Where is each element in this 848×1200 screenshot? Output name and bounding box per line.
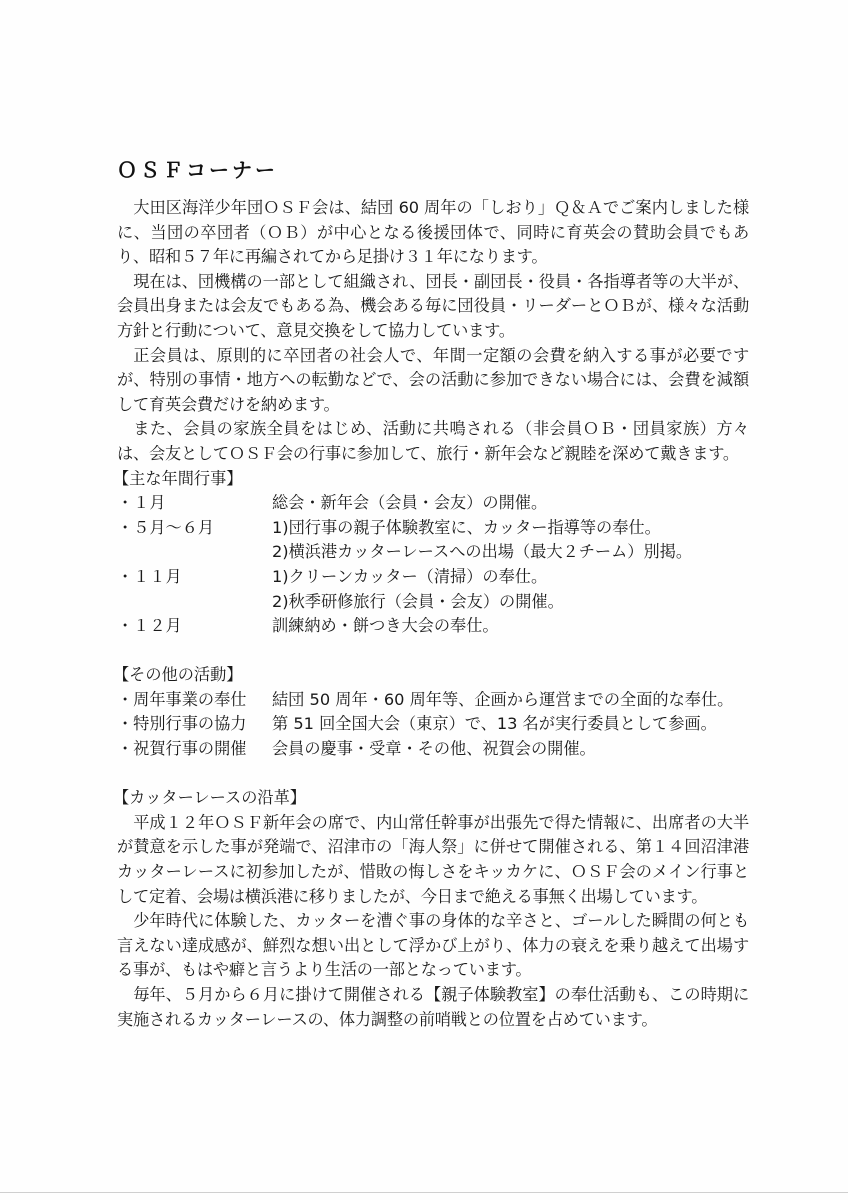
intro-paragraph: 大田区海洋少年団ＯＳＦ会は、結団 60 周年の「しおり」Ｑ＆Ａでご案内しました様… — [117, 196, 749, 270]
event-month — [117, 540, 272, 565]
event-month — [117, 590, 272, 615]
activity-description: 第 51 回全国大会（東京）で、13 名が実行委員として参画。 — [272, 712, 749, 737]
event-row: 2)横浜港カッターレースへの出場（最大２チーム）別掲。 — [117, 540, 749, 565]
intro-paragraph: 現在は、団機構の一部として組織され、団長・副団長・役員・各指導者等の大半が、会員… — [117, 270, 749, 344]
activity-row: ・祝賀行事の開催 会員の慶事・受章・その他、祝賀会の開催。 — [117, 737, 749, 762]
event-row: ・１月 総会・新年会（会員・会友）の開催。 — [117, 491, 749, 516]
spacer — [117, 639, 749, 664]
event-month: ・１１月 — [117, 565, 272, 590]
spacer — [117, 762, 749, 787]
document-body: ＯＳＦコーナー 大田区海洋少年団ＯＳＦ会は、結団 60 周年の「しおり」Ｑ＆Ａで… — [117, 156, 749, 1032]
event-row: ・５月～６月 1)団行事の親子体験教室に、カッター指導等の奉仕。 — [117, 516, 749, 541]
event-description: 2)横浜港カッターレースへの出場（最大２チーム）別掲。 — [272, 540, 749, 565]
event-description: 2)秋季研修旅行（会員・会友）の開催。 — [272, 590, 749, 615]
activity-row: ・周年事業の奉仕 結団 50 周年・60 周年等、企画から運営までの全面的な奉仕… — [117, 688, 749, 713]
intro-paragraph: 正会員は、原則的に卒団者の社会人で、年間一定額の会費を納入する事が必要ですが、特… — [117, 344, 749, 418]
event-month: ・５月～６月 — [117, 516, 272, 541]
event-row: 2)秋季研修旅行（会員・会友）の開催。 — [117, 590, 749, 615]
event-month: ・１２月 — [117, 614, 272, 639]
event-row: ・１１月 1)クリーンカッター（清掃）の奉仕。 — [117, 565, 749, 590]
section-heading-other-activities: 【その他の活動】 — [113, 663, 749, 688]
event-month: ・１月 — [117, 491, 272, 516]
history-paragraph: 平成１２年ＯＳＦ新年会の席で、内山常任幹事が出張先で得た情報に、出席者の大半が賛… — [117, 811, 749, 909]
activity-label: ・特別行事の協力 — [117, 712, 272, 737]
event-description: 総会・新年会（会員・会友）の開催。 — [272, 491, 749, 516]
page-title: ＯＳＦコーナー — [117, 156, 749, 184]
section-heading-annual-events: 【主な年間行事】 — [113, 467, 749, 492]
document-page: ＯＳＦコーナー 大田区海洋少年団ＯＳＦ会は、結団 60 周年の「しおり」Ｑ＆Ａで… — [0, 0, 848, 1200]
activity-description: 結団 50 周年・60 周年等、企画から運営までの全面的な奉仕。 — [272, 688, 749, 713]
scan-edge-line — [0, 1192, 848, 1193]
activity-description: 会員の慶事・受章・その他、祝賀会の開催。 — [272, 737, 749, 762]
activity-row: ・特別行事の協力 第 51 回全国大会（東京）で、13 名が実行委員として参画。 — [117, 712, 749, 737]
event-description: 訓練納め・餅つき大会の奉仕。 — [272, 614, 749, 639]
cutter-history-section: 【カッターレースの沿革】 平成１２年ＯＳＦ新年会の席で、内山常任幹事が出張先で得… — [117, 786, 749, 1032]
section-heading-cutter-history: 【カッターレースの沿革】 — [113, 786, 749, 811]
activity-label: ・祝賀行事の開催 — [117, 737, 272, 762]
history-paragraph: 少年時代に体験した、カッターを漕ぐ事の身体的な辛さと、ゴールした瞬間の何とも言え… — [117, 909, 749, 983]
event-description: 1)クリーンカッター（清掃）の奉仕。 — [272, 565, 749, 590]
other-activities-section: 【その他の活動】 ・周年事業の奉仕 結団 50 周年・60 周年等、企画から運営… — [117, 663, 749, 761]
intro-paragraph: また、会員の家族全員をはじめ、活動に共鳴される（非会員ＯＢ・団員家族）方々は、会… — [117, 417, 749, 466]
event-description: 1)団行事の親子体験教室に、カッター指導等の奉仕。 — [272, 516, 749, 541]
history-paragraph: 毎年、５月から６月に掛けて開催される【親子体験教室】の奉仕活動も、この時期に実施… — [117, 983, 749, 1032]
annual-events-section: 【主な年間行事】 ・１月 総会・新年会（会員・会友）の開催。 ・５月～６月 1)… — [117, 467, 749, 639]
event-row: ・１２月 訓練納め・餅つき大会の奉仕。 — [117, 614, 749, 639]
activity-label: ・周年事業の奉仕 — [117, 688, 272, 713]
